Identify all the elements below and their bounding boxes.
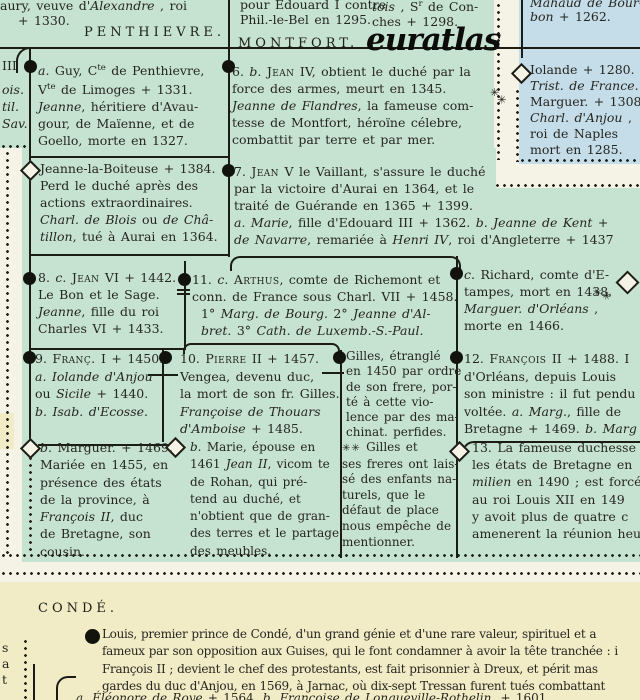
text-line: 12. François II + 1488. I (464, 350, 637, 368)
text-line: Charles VI + 1433. (38, 320, 176, 337)
text-segment: François II (40, 509, 110, 524)
text-segment: b. Jeanne de Kent (476, 215, 593, 230)
node-dot (178, 273, 191, 286)
text-segment: Pierre (205, 351, 246, 366)
connector-dash (177, 293, 190, 295)
text-segment: Marguer. + 1469. (52, 440, 173, 455)
text-segment: y avoit plus de quatre c (472, 509, 628, 524)
text-segment: de Penthievre, (106, 63, 205, 78)
text-segment: + 1601. (495, 691, 550, 700)
text-line: de Bretagne, son (40, 525, 173, 542)
text-segment: a. (38, 63, 49, 78)
text-segment: n'obtient que de gran- (190, 509, 330, 523)
text-segment: Cath. de Luxemb.-S.-Paul. (257, 323, 424, 338)
text-segment: tois (372, 0, 395, 14)
text-segment: , fille d'Edouard III + 1362. (289, 215, 476, 230)
text-segment: Jean (251, 164, 279, 179)
text-segment: son ministre : il fut pendu (464, 386, 635, 401)
text-line: Charl. d'Anjou , (530, 110, 640, 126)
text-line: tend au duché, et (190, 491, 339, 508)
text-segment: Jean II (226, 457, 268, 471)
text-segment: tillon (40, 229, 73, 244)
text-segment: + (592, 215, 608, 230)
text-segment: Iolande + 1280. (530, 62, 635, 77)
text-line: des terres et le partage (190, 525, 339, 542)
text-segment: a. Iolande d'Anjou (35, 369, 153, 384)
entry-jeanne-la-boiteuse: Jeanne-la-Boiteuse + 1384.Perd le duché … (40, 160, 218, 245)
text-line: y avoit plus de quatre c (472, 508, 640, 525)
entry-pierre-ii: 10. Pierre II + 1457.Vengea, devenu duc,… (180, 350, 340, 438)
text-segment: turels, que le (342, 488, 425, 502)
text-segment: des meubles. (190, 544, 271, 558)
text-segment: de son frere, por- (346, 380, 456, 394)
entry-guy-penthievre: a. Guy, Cte de Penthievre,Vte de Limoges… (38, 60, 204, 149)
entry-francois-ii: 12. François II + 1488. Id'Orléans, depu… (464, 350, 637, 438)
text-segment: d'Amboise (180, 421, 246, 436)
text-segment: chinat. perfides. (346, 425, 446, 439)
text-line: sé des enfants na- (342, 472, 458, 488)
text-segment: nous empêche de (342, 519, 451, 533)
text-segment: 12. (464, 351, 489, 366)
text-segment: présence des états (40, 475, 162, 490)
text-segment: de Limoges + 1331. (55, 82, 192, 97)
text-line: mentionner. (342, 535, 458, 551)
text-segment: de la province, à (40, 492, 150, 507)
text-line: de son frere, por- (346, 380, 461, 395)
text-segment: , remariée à (307, 232, 392, 247)
text-segment: IV, obtient le duché par la (294, 64, 470, 79)
text-line: bon + 1262. (530, 10, 640, 24)
text-segment: amenerent la réunion heu (472, 526, 640, 541)
text-line: actions extraordinaires. (40, 194, 218, 211)
text-segment: 10. (180, 351, 205, 366)
text-segment: a. Marie (234, 215, 289, 230)
text-line: 8. c. Jean VI + 1442. (38, 269, 176, 286)
text-line: b. Marguer. + 1469. (40, 439, 173, 456)
text-segment: b. Françoise de Longueville-Rothelin. (263, 691, 495, 700)
text-line: 1461 Jean II, vicom te (190, 456, 339, 473)
text-line: pour Edouard I contre (240, 0, 386, 12)
text-segment: ✳✳ (342, 443, 361, 454)
connector-line (228, 0, 230, 257)
text-segment: Mariée en 1455, en (40, 457, 168, 472)
text-segment: Vengea, devenu duc, (180, 369, 314, 384)
text-segment: + 1485. (246, 421, 303, 436)
text-segment: , roi (155, 0, 187, 13)
text-segment: conn. de France sous Charl. VII + 1458. (192, 289, 457, 304)
dotted-border (519, 159, 640, 162)
text-line: Le Bon et le Sage. (38, 286, 176, 303)
text-segment: Jeanne d'Al- (353, 306, 431, 321)
text-segment: Trist. de France. (530, 78, 639, 93)
text-line: Perd le duché après des (40, 177, 218, 194)
fragment-top-middle-2: tois , Sr de Con-ches + 1298. (372, 0, 478, 29)
text-segment: force des armes, meurt en 1345. (232, 81, 446, 96)
atlas-scan-page: ✳✳ ✳✳ PENTHIEVRE. MONTFORT. CONDÉ. eurat… (0, 0, 640, 700)
text-line: Sav. (2, 115, 28, 132)
text-line: Jeanne, héritiere d'Avau- (38, 98, 204, 115)
entry-marguerite: b. Marguer. + 1469.Mariée en 1455, enpré… (40, 439, 173, 560)
text-line: Françoise de Thouars (180, 403, 340, 421)
text-segment: mentionner. (342, 535, 415, 549)
text-segment: , tué à Aurai en 1364. (73, 229, 218, 244)
blue-box-mahaud: Mahaud de Bour-bon + 1262. (530, 0, 640, 24)
fragment-conde-margin: sat (2, 640, 9, 688)
text-line: Trist. de France. (530, 78, 640, 94)
text-segment: + 1330. (18, 13, 70, 28)
connector-line (29, 47, 31, 447)
connector-dash (177, 289, 190, 291)
text-line: voltée. a. Marg., fille de (464, 403, 637, 421)
connector-bracket (230, 256, 461, 271)
text-segment: , S (395, 0, 418, 14)
text-segment: . (62, 270, 71, 285)
connector-line (29, 156, 230, 158)
text-segment: I + 1450. (96, 351, 164, 366)
dotted-border (24, 638, 27, 700)
text-segment: Goello, morte en 1327. (38, 133, 188, 148)
text-line: a. Guy, Cte de Penthievre, (38, 60, 204, 79)
text-segment: tesse de Montfort, héroïne célebre, (232, 115, 462, 130)
text-segment: François II ; devient le chef des protes… (102, 662, 598, 676)
text-line: tillon, tué à Aurai en 1364. (40, 228, 218, 245)
text-segment: , fille du roi (81, 304, 159, 319)
text-line: au roi Louis XII en 149 (472, 491, 640, 508)
text-line: d'Orléans, depuis Louis (464, 368, 637, 386)
text-line: en 1450 par ordre (346, 364, 461, 379)
note-gilles-freres: ✳✳ Gilles etses freres ont lais-sé des e… (342, 440, 458, 550)
text-segment: 9. (35, 351, 52, 366)
fragment-top-middle: pour Edouard I contrePhil.-le-Bel en 129… (240, 0, 386, 27)
conde-wives-line: a. Éléonore de Roye + 1564. b. Françoise… (76, 690, 550, 700)
text-line: 9. Franç. I + 1450. (35, 350, 163, 368)
text-line: de la province, à (40, 491, 173, 508)
connector-curve (56, 676, 76, 700)
text-segment: ches + 1298. (372, 14, 458, 29)
text-segment: de Châ- (163, 212, 213, 227)
text-line: turels, que le (342, 488, 458, 504)
text-segment: la mort de son fr. Gilles. (180, 386, 340, 401)
text-segment: voltée. (464, 404, 512, 419)
text-segment: + 1564. (203, 691, 263, 700)
text-line: de Rohan, qui pré- (190, 474, 339, 491)
text-line: Iolande + 1280. (530, 62, 640, 78)
text-segment: c. (464, 267, 475, 282)
text-segment: , la fameuse com- (358, 98, 474, 113)
text-line: tampes, mort en 1438. (464, 283, 612, 300)
text-line: présence des états (40, 474, 173, 491)
text-segment: morte en 1466. (464, 318, 564, 333)
text-line: gour, de Maïenne, et de (38, 115, 204, 132)
text-segment: Guy, C (49, 63, 97, 78)
heading-conde: CONDÉ. (38, 601, 118, 616)
text-line: force des armes, meurt en 1345. (232, 80, 473, 97)
text-line: Jeanne-la-Boiteuse + 1384. (40, 160, 218, 177)
text-line: a. Marie, fille d'Edouard III + 1362. b.… (234, 214, 614, 231)
text-segment: Jean (267, 64, 295, 79)
text-segment: , comte de Richemont et (279, 272, 440, 287)
text-line: roi de Naples (530, 126, 640, 142)
text-segment: ses freres ont lais- (342, 457, 458, 471)
text-line: n'obtient que de gran- (190, 508, 339, 525)
text-segment: . (257, 64, 266, 79)
text-segment: sé des enfants na- (342, 472, 456, 486)
text-line: ches + 1298. (372, 14, 478, 29)
text-segment: Louis, premier prince de Condé, d'un gra… (102, 627, 596, 641)
text-line: ou Sicile + 1440. (35, 385, 163, 403)
text-segment: en 1450 par ordre (346, 364, 461, 378)
text-segment: Gilles, étranglé (346, 349, 441, 363)
text-segment: a (2, 656, 9, 671)
text-segment: ois. (2, 82, 24, 97)
text-segment: b. (40, 440, 52, 455)
text-segment: 7. (234, 164, 251, 179)
text-segment: tampes, mort en 1438. (464, 284, 612, 299)
text-line: Jeanne, fille du roi (38, 303, 176, 320)
text-segment: Arthus (234, 272, 280, 287)
dotted-border (29, 455, 32, 555)
text-segment: , héritiere d'Avau- (81, 99, 198, 114)
text-segment: Jeanne (38, 99, 81, 114)
text-segment: Gilles et (361, 440, 418, 454)
text-segment: te (97, 63, 105, 73)
text-segment: ou (35, 386, 56, 401)
text-segment: milien (472, 474, 511, 489)
entry-duchesse-anne: 13. La fameuse duchesseles états de Bret… (472, 439, 640, 542)
node-dot (85, 629, 100, 644)
text-line: des meubles. (190, 543, 339, 560)
entry-jean-vi: 8. c. Jean VI + 1442.Le Bon et le Sage.J… (38, 269, 176, 337)
text-line: 11. c. Arthus, comte de Richemont et (192, 271, 457, 288)
text-segment: en 1490 ; est forcé (511, 474, 640, 489)
text-segment: b. Marg (585, 421, 637, 436)
text-line: tois , Sr de Con- (372, 0, 478, 14)
text-line: ois. (2, 81, 28, 98)
text-line: bret. 3° Cath. de Luxemb.-S.-Paul. (192, 322, 457, 339)
node-dot (23, 272, 36, 285)
text-line: Phil.-le-Bel en 1295. (240, 12, 386, 27)
text-segment: défaut de place (342, 503, 439, 517)
text-segment: b. (190, 440, 202, 454)
text-segment: t (2, 672, 7, 687)
text-segment: les états de Bretagne en (472, 457, 632, 472)
text-line: 10. Pierre II + 1457. (180, 350, 340, 368)
text-segment: François (489, 351, 546, 366)
text-segment: Richard, comte d'E- (475, 267, 609, 282)
text-line: d'Amboise + 1485. (180, 420, 340, 438)
text-segment: , roi d'Angleterre + 1437 (448, 232, 613, 247)
text-segment: 6. (232, 64, 249, 79)
text-line: Jeanne de Flandres, la fameuse com- (232, 97, 473, 114)
text-line: ✳✳ Gilles et (342, 440, 458, 457)
text-segment: traité de Guérande en 1365 + 1399. (234, 198, 473, 213)
dotted-border (6, 150, 9, 558)
text-line: 1° Marg. de Bourg. 2° Jeanne d'Al- (192, 305, 457, 322)
text-segment: de Navarre (234, 232, 307, 247)
text-line: Marguer. + 1308. (530, 94, 640, 110)
connector-line (29, 254, 230, 256)
entry-jean-iv: 6. b. Jean IV, obtient le duché par lafo… (232, 63, 473, 148)
text-line: combattit par terre et par mer. (232, 131, 473, 148)
text-line: té à cette vio- (346, 395, 461, 410)
text-line: c. Richard, comte d'E- (464, 266, 612, 283)
connector-line (33, 664, 35, 700)
text-segment: combattit par terre et par mer. (232, 132, 435, 147)
entry-gilles: Gilles, étrangléen 1450 par ordrede son … (346, 349, 461, 441)
text-segment: Bretagne + 1469. (464, 421, 585, 436)
text-segment: de Bretagne, son (40, 526, 151, 541)
text-segment: Perd le duché après des (40, 178, 198, 193)
text-segment: Le Bon et le Sage. (38, 287, 160, 302)
text-segment: a. Marg. (512, 404, 567, 419)
text-segment: de Con- (423, 0, 479, 14)
text-segment: , vicom te (267, 457, 329, 471)
text-segment: II + 1457. (246, 351, 319, 366)
node-dot (24, 60, 37, 73)
text-segment: VI + 1442. (99, 270, 176, 285)
dotted-border (0, 145, 30, 148)
text-line: traité de Guérande en 1365 + 1399. (234, 197, 614, 214)
text-segment: . (224, 272, 233, 287)
text-line: Marguer. d'Orléans , (464, 300, 612, 317)
text-line: lence par des ma- (346, 410, 461, 425)
text-line: s (2, 640, 9, 656)
text-segment: Françoise de Thouars (180, 404, 321, 419)
text-segment: , fille de (567, 404, 621, 419)
text-line: b. Marie, épouse en (190, 439, 339, 456)
text-segment: 1° (201, 306, 221, 321)
fragment-left-margin: ois.til.Sav. (2, 81, 28, 132)
text-segment: 13. La fameuse duchesse (472, 440, 636, 455)
text-segment: roi de Naples (530, 126, 618, 141)
fragment-top-left-2: + 1330. (18, 12, 70, 29)
heading-penthievre: PENTHIEVRE. (84, 25, 225, 40)
text-segment: b. Isab. d'Ecosse. (35, 404, 148, 419)
text-line: b. Isab. d'Ecosse. (35, 403, 163, 421)
text-line: a. Iolande d'Anjou (35, 368, 163, 386)
text-segment: pour Edouard I contre (240, 0, 386, 12)
text-segment: 8. (38, 270, 55, 285)
entry-richard-etampes: c. Richard, comte d'E-tampes, mort en 14… (464, 266, 612, 334)
text-line: cousin. (40, 543, 173, 560)
text-line: Charl. de Blois ou de Châ- (40, 211, 218, 228)
text-segment: 11. (192, 272, 217, 287)
text-segment: Marguer. d'Orléans (464, 301, 589, 316)
text-segment: de Rohan, qui pré- (190, 475, 307, 489)
text-line: Louis, premier prince de Condé, d'un gra… (102, 626, 618, 643)
text-segment: 1461 (190, 457, 226, 471)
text-line: 6. b. Jean IV, obtient le duché par la (232, 63, 473, 80)
text-segment: Sicile (56, 386, 91, 401)
text-line: les états de Bretagne en (472, 456, 640, 473)
text-segment: 2° (328, 306, 353, 321)
text-segment: des terres et le partage (190, 526, 339, 540)
text-line: nous empêche de (342, 519, 458, 535)
text-segment: tend au duché, et (190, 492, 301, 506)
text-line: défaut de place (342, 503, 458, 519)
text-segment: II + 1488. I (546, 351, 629, 366)
text-line: til. (2, 98, 28, 115)
blue-box-iolande: Iolande + 1280.Trist. de France.Marguer.… (530, 62, 640, 158)
text-line: fameux par son opposition aux Guises, qu… (102, 643, 618, 660)
text-segment: au roi Louis XII en 149 (472, 492, 625, 507)
text-line: ses freres ont lais- (342, 457, 458, 473)
text-segment: V le Vaillant, s'assure le duché (279, 164, 486, 179)
text-segment: , (589, 301, 598, 316)
text-segment: Henri IV (392, 232, 448, 247)
text-segment: Marguer. + 1308. (530, 94, 640, 109)
text-segment: gour, de Maïenne, et de (38, 116, 194, 131)
connector-line (521, 0, 523, 58)
text-line: François II, duc (40, 508, 173, 525)
text-segment: Charles VI + 1433. (38, 321, 164, 336)
text-segment: Phil.-le-Bel en 1295. (240, 12, 371, 27)
text-segment: Jean (72, 270, 100, 285)
entry-francois-i: 9. Franç. I + 1450.a. Iolande d'Anjouou … (35, 350, 163, 420)
entry-arthus: 11. c. Arthus, comte de Richemont etconn… (192, 271, 457, 339)
text-line: François II ; devient le chef des protes… (102, 661, 618, 678)
text-segment: Alexandre (90, 0, 154, 13)
text-segment: Jeanne (38, 304, 81, 319)
text-segment: mort en 1285. (530, 142, 623, 157)
text-segment: s (2, 640, 8, 655)
text-line: Bretagne + 1469. b. Marg (464, 420, 637, 438)
text-segment: té à cette vio- (346, 395, 434, 409)
entry-marie-rohan: b. Marie, épouse en1461 Jean II, vicom t… (190, 439, 339, 560)
heading-montfort: MONTFORT. (238, 36, 358, 51)
text-line: la mort de son fr. Gilles. (180, 385, 340, 403)
text-segment: fameux par son opposition aux Guises, qu… (102, 644, 618, 658)
text-segment: + 1440. (91, 386, 148, 401)
text-line: Vengea, devenu duc, (180, 368, 340, 386)
text-line: milien en 1490 ; est forcé (472, 473, 640, 490)
text-segment: Jeanne-la-Boiteuse + 1384. (40, 161, 215, 176)
text-segment: bret. (201, 323, 231, 338)
text-line: t (2, 672, 9, 688)
entry-jean-v: 7. Jean V le Vaillant, s'assure le duché… (234, 163, 614, 248)
dotted-border (0, 572, 640, 575)
text-line: Mariée en 1455, en (40, 456, 173, 473)
text-line: tesse de Montfort, héroïne célebre, (232, 114, 473, 131)
text-segment: lence par des ma- (346, 410, 459, 424)
text-segment: d'Orléans, depuis Louis (464, 369, 616, 384)
text-line: Goello, morte en 1327. (38, 132, 204, 149)
text-line: Vte de Limoges + 1331. (38, 79, 204, 98)
text-segment: Marie, épouse en (202, 440, 316, 454)
conde-paragraph: Louis, premier prince de Condé, d'un gra… (102, 626, 618, 695)
text-segment: cousin. (40, 544, 85, 559)
text-line: conn. de France sous Charl. VII + 1458. (192, 288, 457, 305)
text-segment: + 1262. (554, 9, 611, 24)
text-line: morte en 1466. (464, 317, 612, 334)
text-segment: bon (530, 9, 554, 24)
text-segment: V (38, 82, 47, 97)
text-segment: actions extraordinaires. (40, 195, 193, 210)
text-line: de Navarre, remariée à Henri IV, roi d'A… (234, 231, 614, 248)
text-line: Gilles, étranglé (346, 349, 461, 364)
text-segment: ou (136, 212, 163, 227)
text-segment: Charl. d'Anjou (530, 110, 622, 125)
text-segment: a. Éléonore de Roye (76, 691, 203, 700)
text-segment: 3° (231, 323, 256, 338)
text-segment: Franç. (52, 351, 95, 366)
text-segment: , (622, 110, 631, 125)
fragment-left-margin-numeral: III (2, 57, 17, 74)
text-line: mort en 1285. (530, 142, 640, 158)
text-segment: par la victoire d'Aurai en 1364, et le (234, 181, 474, 196)
text-segment: Charl. de Blois (40, 212, 136, 227)
text-segment: Sav. (2, 116, 28, 131)
